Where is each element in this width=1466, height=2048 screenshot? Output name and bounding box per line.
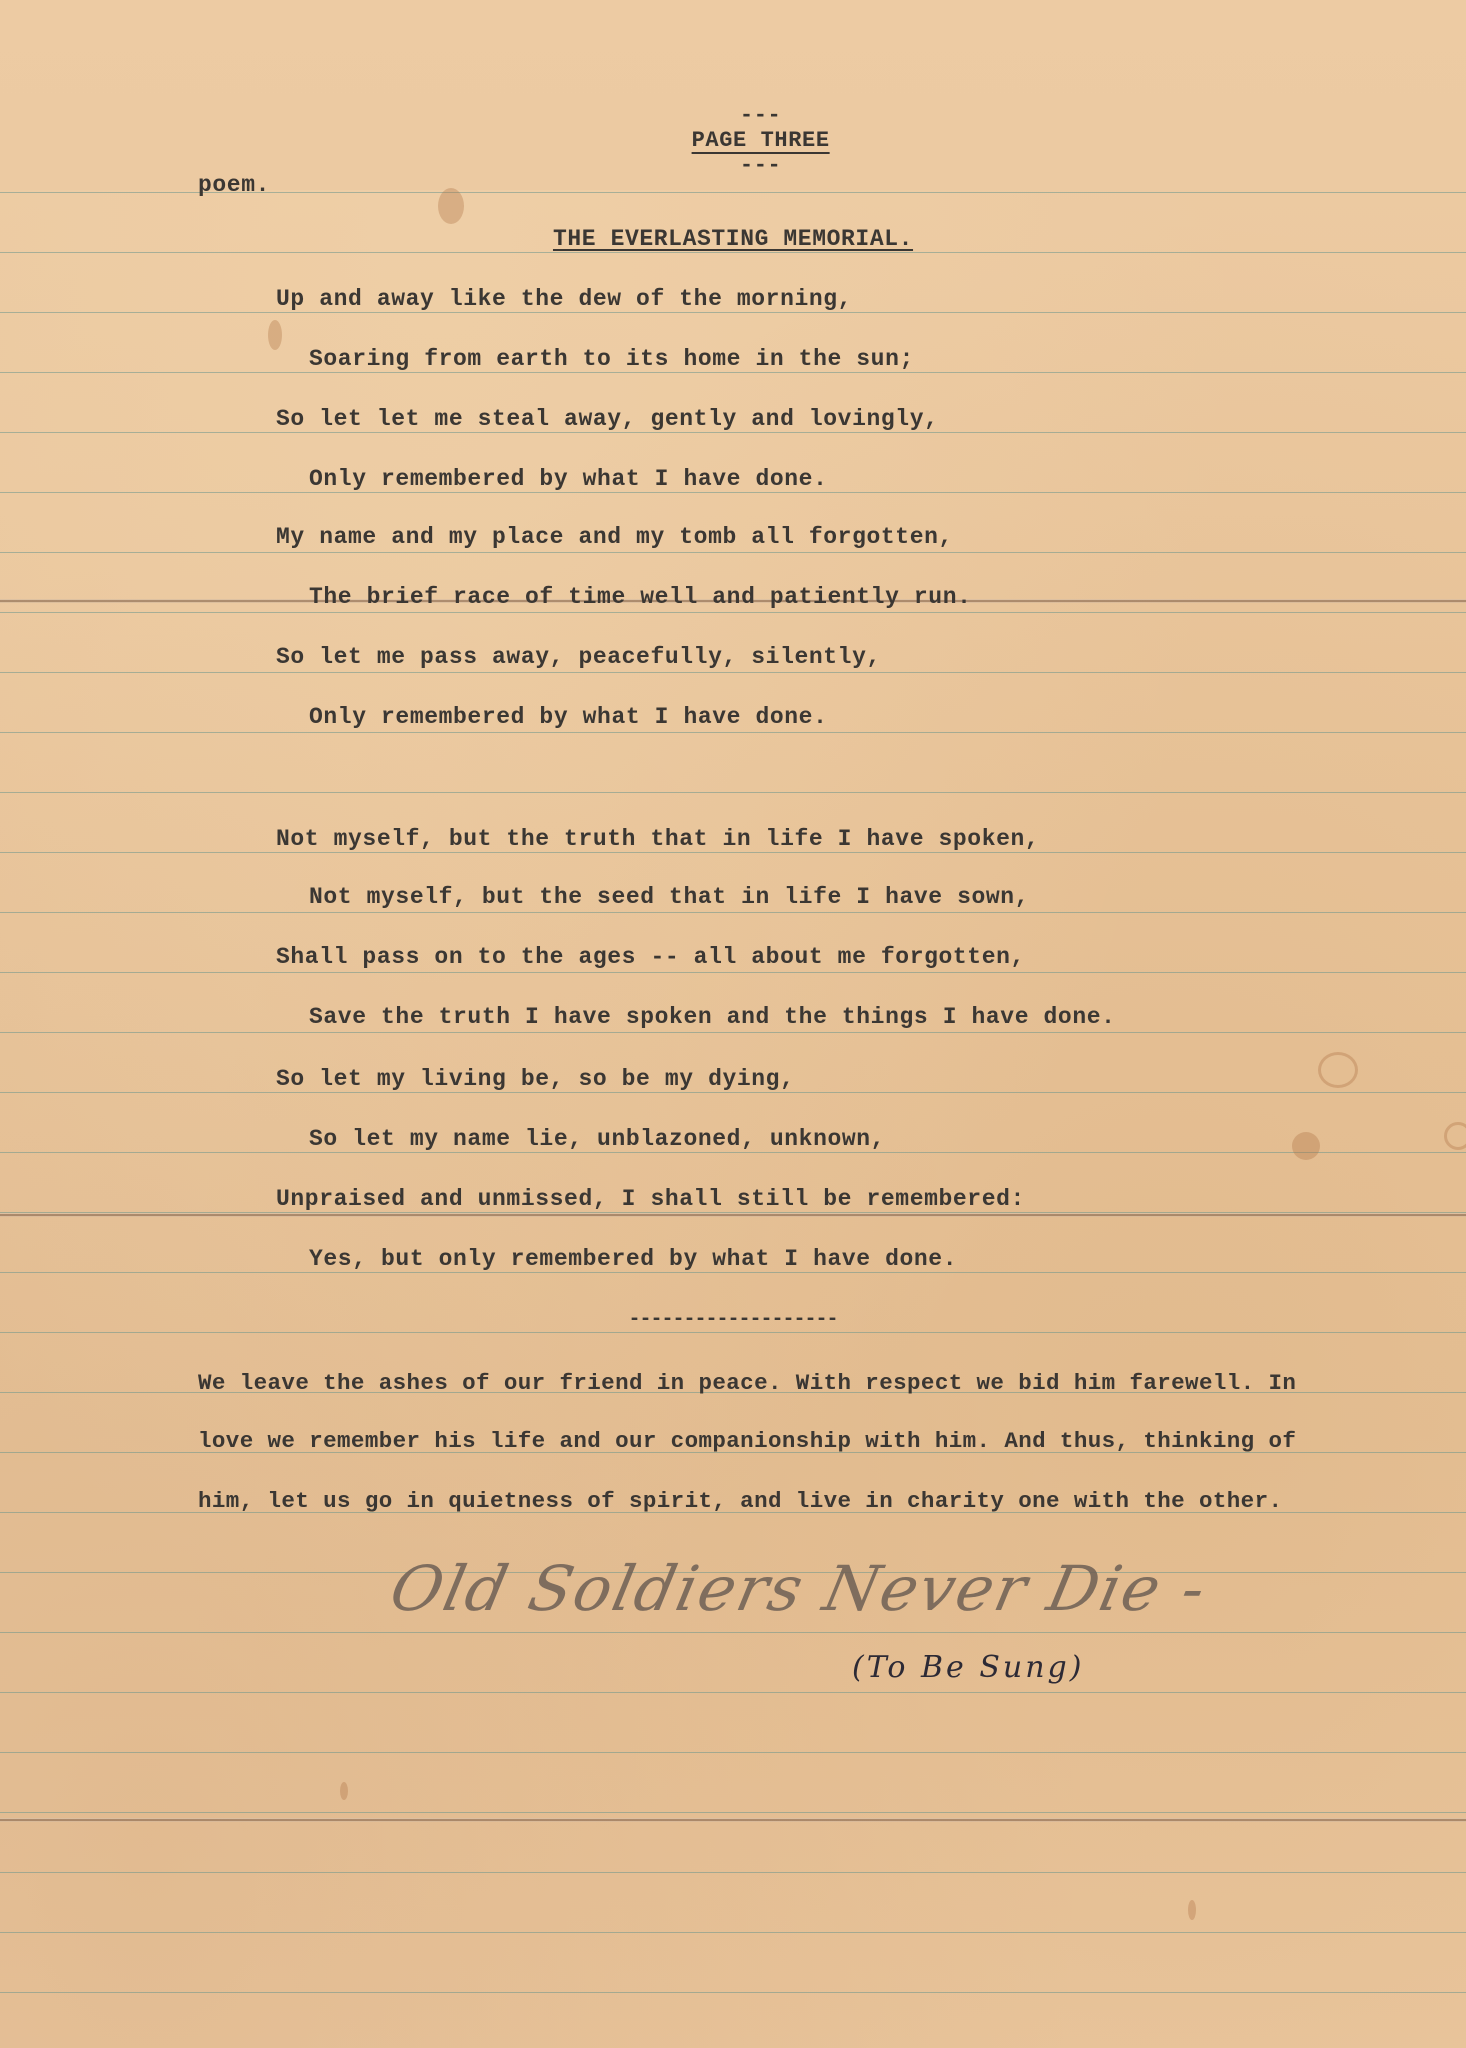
poem-line: Only remembered by what I have done. [309, 704, 827, 730]
header-dashes-left: --- [740, 103, 781, 128]
stain [340, 1782, 348, 1800]
stain [268, 320, 282, 350]
stain [1444, 1122, 1466, 1150]
poem-line: Shall pass on to the ages -- all about m… [276, 944, 1025, 970]
poem-line: Not myself, but the seed that in life I … [309, 884, 1029, 910]
stain [1188, 1900, 1196, 1920]
continuation-word: poem. [198, 172, 270, 198]
fold-crease-middle [0, 1213, 1466, 1217]
poem-line: So let let me steal away, gently and lov… [276, 406, 939, 432]
poem-title: THE EVERLASTING MEMORIAL. [0, 226, 1466, 252]
closing-line: love we remember his life and our compan… [198, 1428, 1296, 1454]
poem-line: My name and my place and my tomb all for… [276, 524, 953, 550]
closing-line: We leave the ashes of our friend in peac… [198, 1370, 1296, 1396]
poem-line: So let my living be, so be my dying, [276, 1066, 794, 1092]
poem-line: Soaring from earth to its home in the su… [309, 346, 914, 372]
handwritten-song-title: Old Soldiers Never Die - [384, 1552, 1213, 1625]
stain [1318, 1052, 1358, 1088]
page-number-label: PAGE THREE [682, 128, 840, 153]
poem-line: Save the truth I have spoken and the thi… [309, 1004, 1116, 1030]
poem-line: Yes, but only remembered by what I have … [309, 1246, 957, 1272]
poem-line: Only remembered by what I have done. [309, 466, 827, 492]
poem-line: Unpraised and unmissed, I shall still be… [276, 1186, 1025, 1212]
closing-line: him, let us go in quietness of spirit, a… [198, 1488, 1282, 1514]
handwritten-note: (To Be Sung) [852, 1650, 1084, 1685]
poem-line: Not myself, but the truth that in life I… [276, 826, 1039, 852]
header-dashes-right: --- [740, 153, 781, 178]
document-page: --- PAGE THREE --- poem. THE EVERLASTING… [0, 0, 1466, 2048]
poem-line: So let my name lie, unblazoned, unknown, [309, 1126, 885, 1152]
poem-line: So let me pass away, peacefully, silentl… [276, 644, 881, 670]
fold-crease-lower [0, 1818, 1466, 1822]
poem-line: The brief race of time well and patientl… [309, 584, 972, 610]
stain [1292, 1132, 1320, 1160]
poem-line: Up and away like the dew of the morning, [276, 286, 852, 312]
section-separator: ------------------- [0, 1308, 1466, 1331]
